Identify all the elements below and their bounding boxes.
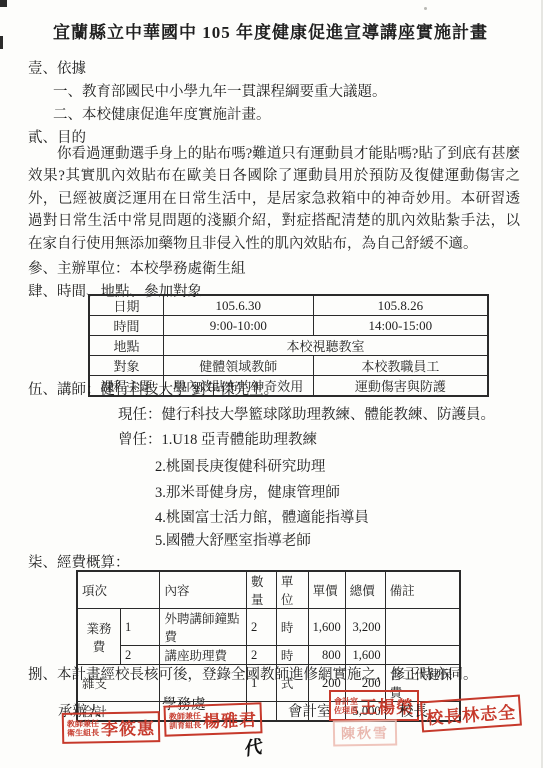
organizer-stamp-name: 李筱惠 [101,714,155,740]
schedule-location-merged: 本校視聽教室 [163,336,488,356]
basis-item-2: 二、本校健康促進年度實施計畫。 [53,103,271,124]
schedule-label-audience: 對象 [89,356,163,376]
budget-group-label: 業務費 [77,609,121,665]
accounting-stamp-title-2: 佐理員 [334,706,358,715]
schedule-row-location: 地點 本校視聽教室 [89,336,488,356]
schedule-row-audience: 對象 健體領域教師 本校教職員工 [89,356,488,376]
budget-row2-unit: 時 [276,646,308,665]
lecturer-former-label: 曾任： [118,432,162,448]
schedule-audience-2: 本校教職員工 [313,356,488,376]
budget-row2-total: 1,600 [345,646,385,665]
section-heading-lecturer: 伍、講師：健行科技大學 劉年傑先生。 [28,378,278,399]
lecturer-former-item-2: 2.桃園長庚復健科研究助理 [155,455,325,476]
schedule-time-2: 14:00-15:00 [313,316,488,336]
budget-header-note: 備註 [385,571,460,609]
budget-header-price: 單價 [308,571,345,609]
section-heading-basis: 壹、依據 [28,57,86,78]
accounting-stamp-title-1: 會計室 [334,697,358,706]
section-heading-budget: 柒、經費概算： [28,551,130,572]
budget-header-total: 總價 [345,571,385,609]
budget-row1-qty: 2 [247,609,277,646]
schedule-row-date: 日期 105.6.30 105.8.26 [89,295,488,316]
page-title: 宜蘭縣立中華國中 105 年度健康促進宣導講座實施計畫 [0,18,541,43]
schedule-label-location: 地點 [89,336,163,356]
lecturer-former-line1: 曾任：1.U18 亞青體能助理教練 [118,428,317,449]
schedule-audience-1: 健體領域教師 [163,356,313,376]
lecturer-former-item-5: 5.國體大舒壓室指導老師 [155,529,311,550]
handwritten-dai-mark: 代 [241,733,263,762]
budget-header-row: 項次 內容 數量 單位 單價 總價 備註 [77,571,460,609]
signature-block: 承辦人 教師兼任 衛生組長 李筱惠 學務處 教師兼任 訓育組長 楊雅君 代 會計… [0,688,543,768]
basis-item-1: 一、教育部國民中小學九年一貫課程綱要重大議題。 [53,80,387,101]
budget-header-item: 項次 [77,571,160,609]
organizer-stamp-title-2: 衛生組長 [67,728,99,738]
principal-stamp: 校長林志全 [420,695,522,733]
scan-artifact-speck [424,7,427,10]
budget-header-content: 內容 [160,571,247,609]
schedule-row-time: 時間 9:00-10:00 14:00-15:00 [89,316,488,336]
budget-row1-no: 1 [121,609,160,646]
signature-label-accounting: 會計室 [288,700,332,721]
budget-row1-unit: 時 [276,609,308,646]
schedule-date-1: 105.6.30 [163,295,313,316]
budget-row1-price: 1,600 [308,609,345,646]
lecturer-former-item-4: 4.桃園富士活力館，體適能指導員 [155,506,369,527]
student-affairs-stamp: 教師兼任 訓育組長 楊雅君 [163,702,262,736]
budget-row1-total: 3,200 [345,609,385,646]
purpose-paragraph: 你看過運動選手身上的貼布嗎?難道只有運動員才能貼嗎?貼了到底有甚麼效果?其實肌內… [28,143,520,255]
organizer-stamp: 教師兼任 衛生組長 李筱惠 [62,711,161,744]
budget-row2-qty: 2 [247,646,277,665]
budget-row1-note [385,609,460,646]
scan-artifact-corner [0,0,7,7]
budget-header-unit: 單位 [276,571,308,609]
schedule-date-2: 105.8.26 [313,295,488,316]
schedule-label-date: 日期 [89,295,163,316]
student-affairs-stamp-title-2: 訓育組長 [169,720,201,730]
budget-row-1: 業務費 1 外聘講師鐘點費 2 時 1,600 3,200 [77,609,460,646]
schedule-topic-2: 運動傷害與防護 [313,376,488,397]
budget-row2-note [385,646,460,665]
budget-row-2: 2 講座助理費 2 時 800 1,600 [77,646,460,665]
schedule-label-time: 時間 [89,316,163,336]
lecturer-former-item-1: 1.U18 亞青體能助理教練 [162,432,317,448]
budget-row2-content: 講座助理費 [160,646,247,665]
lecturer-former-item-3: 3.那米哥健身房，健康管理師 [155,481,340,502]
budget-header-qty: 數量 [247,571,277,609]
accounting-faded-stamp: 陳秋雪 [333,719,397,746]
student-affairs-stamp-name: 楊雅君 [203,705,258,732]
budget-row2-price: 800 [308,646,345,665]
budget-row2-no: 2 [121,646,160,665]
section-heading-approval: 捌、本計畫經校長核可後，登錄全國教師進修網實施之，修正時亦同。 [28,663,478,684]
section-heading-organizer: 參、主辦單位：本校學務處衛生組 [28,257,246,278]
principal-stamp-name: 校長林志全 [425,698,517,729]
schedule-time-1: 9:00-10:00 [163,316,313,336]
scanned-document-page: 宜蘭縣立中華國中 105 年度健康促進宣導講座實施計畫 壹、依據 一、教育部國民… [0,0,543,768]
lecturer-current: 現任：健行科技大學籃球隊助理教練、體能教練、防護員。 [118,403,495,424]
budget-row1-content: 外聘講師鐘點費 [160,609,247,646]
